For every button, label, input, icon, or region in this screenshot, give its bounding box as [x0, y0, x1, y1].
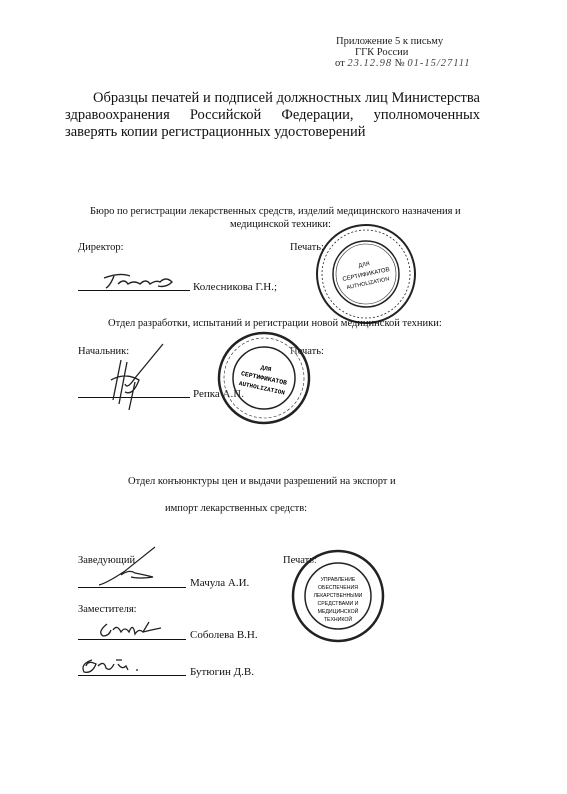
letter-number: 01-15/27111 [407, 58, 470, 69]
number-prefix: № [395, 58, 405, 69]
section-2-heading: Отдел разработки, испытаний и регистраци… [108, 318, 442, 329]
deputies-label: Заместителя: [78, 604, 137, 615]
letter-ref: от 23.12.98 № 01-15/27111 [335, 58, 470, 69]
document-title: Образцы печатей и подписей должностных л… [65, 90, 480, 141]
svg-text:ДЛЯ: ДЛЯ [358, 261, 370, 269]
director-label: Директор: [78, 242, 124, 253]
section-3-heading: Отдел конъюнктуры цен и выдачи разрешени… [128, 476, 396, 487]
stamp-1-icon: ДЛЯ СЕРТИФИКАТОВ AUTHOLIZATION [314, 222, 418, 326]
signature-kolesnikova [100, 270, 180, 292]
svg-text:УПРАВЛЕНИЕ: УПРАВЛЕНИЕ [321, 577, 356, 583]
signature-butyugin [78, 656, 148, 676]
svg-text:ТЕХНИКОЙ: ТЕХНИКОЙ [324, 615, 353, 623]
appendix-line: Приложение 5 к письму [336, 36, 443, 47]
section-1-heading: Бюро по регистрации лекарственных средст… [90, 206, 461, 217]
person-machula: Мачула А.И. [190, 577, 249, 589]
signature-soboleva [95, 618, 165, 640]
letter-date: 23.12.98 [347, 58, 392, 69]
section-3-heading-cont: импорт лекарственных средств: [165, 503, 307, 514]
signature-line-3 [78, 587, 186, 588]
date-prefix: от [335, 58, 345, 69]
signature-machula [95, 545, 165, 587]
stamp-3-icon: УПРАВЛЕНИЕ ОБЕСПЕЧЕНИЯ ЛЕКАРСТВЕННЫМИ СР… [290, 548, 386, 644]
agency-line: ГГК России [355, 47, 408, 58]
person-kolesnikova: Колесникова Г.Н.; [193, 281, 277, 293]
svg-text:МЕДИЦИНСКОЙ: МЕДИЦИНСКОЙ [318, 607, 359, 615]
svg-text:ЛЕКАРСТВЕННЫМИ: ЛЕКАРСТВЕННЫМИ [314, 593, 363, 599]
stamp-2-icon: ДЛЯ СЕРТИФИКАТОВ AUTHOLIZATION [216, 330, 312, 426]
person-soboleva: Соболева В.Н. [190, 629, 258, 641]
signature-repka [105, 340, 170, 412]
svg-text:ОБЕСПЕЧЕНИЯ: ОБЕСПЕЧЕНИЯ [318, 585, 358, 591]
svg-text:СРЕДСТВАМИ И: СРЕДСТВАМИ И [318, 601, 359, 607]
person-butyugin: Бутюгин Д.В. [190, 666, 254, 678]
